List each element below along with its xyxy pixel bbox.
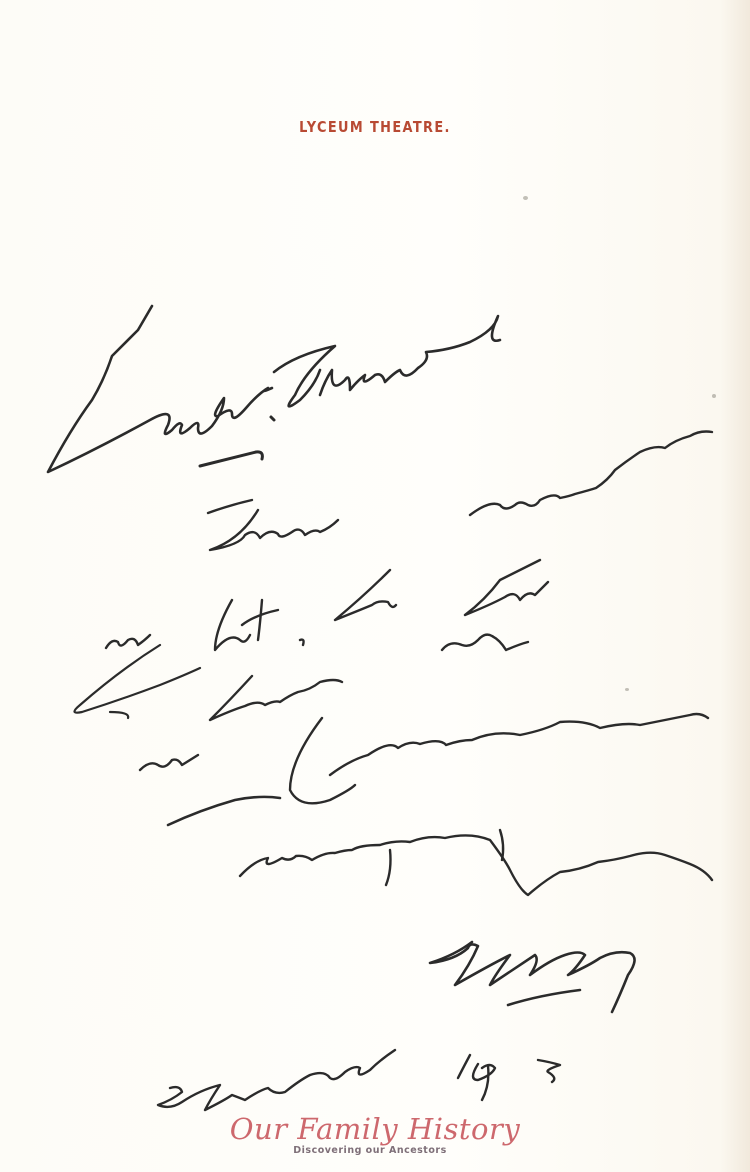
signature-script	[430, 942, 635, 1012]
body-line-3-script	[74, 635, 528, 720]
watermark-subtitle: Discovering our Ancestors	[0, 1145, 750, 1156]
body-line-1-script	[208, 432, 712, 551]
body-line-4-script	[140, 714, 708, 825]
paper-speck	[712, 394, 716, 398]
paper-speck	[523, 196, 528, 200]
watermark: Our Family History Discovering our Ances…	[0, 1112, 750, 1156]
paper-speck	[625, 688, 629, 691]
letter-paper: LYCEUM THEATRE.	[0, 0, 750, 1172]
date-script	[158, 1050, 560, 1110]
closing-script	[240, 830, 712, 895]
watermark-title: Our Family History	[0, 1112, 750, 1146]
handwriting	[0, 0, 750, 1172]
salutation-script	[48, 306, 500, 472]
